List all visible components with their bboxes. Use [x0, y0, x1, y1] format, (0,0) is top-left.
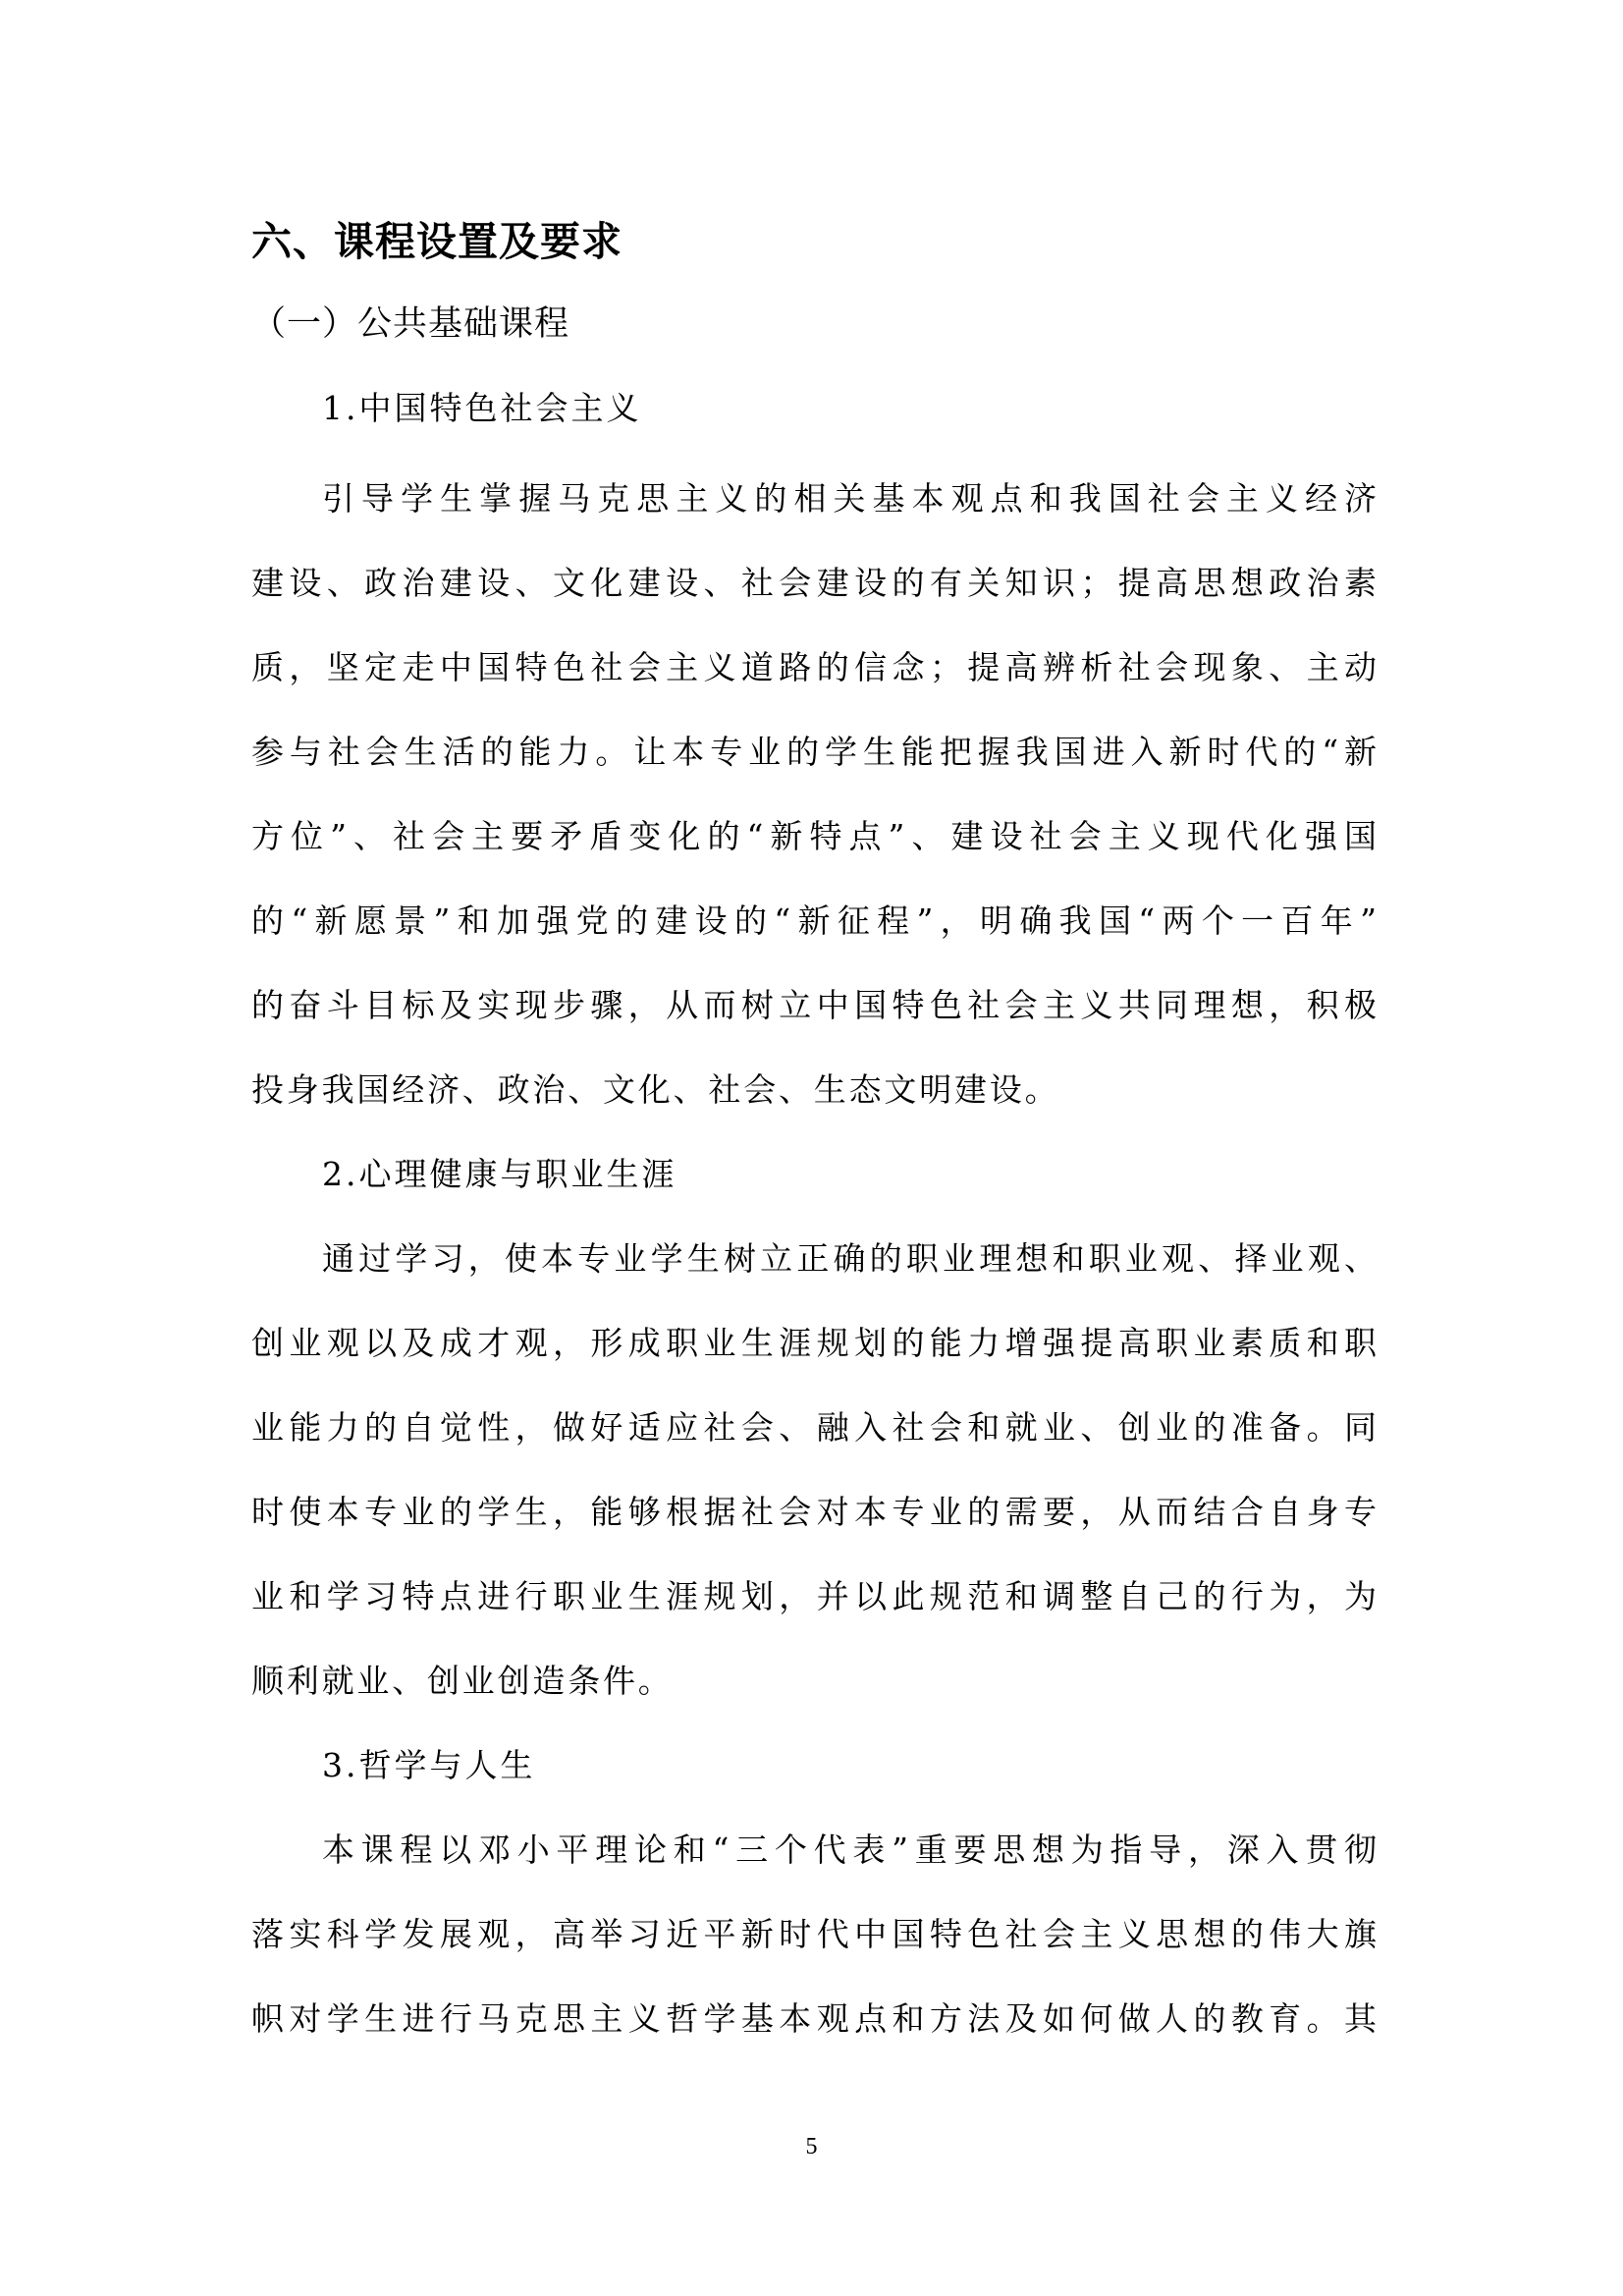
document-page: 六、课程设置及要求 （一）公共基础课程 1.中国特色社会主义 引导学生掌握马克思…: [0, 0, 1623, 2296]
section-heading: 六、课程设置及要求: [251, 214, 622, 269]
course-2-paragraph-line: 业能力的自觉性，做好适应社会、融入社会和就业、创业的准备。同: [251, 1405, 1377, 1450]
course-2-paragraph-line: 业和学习特点进行职业生涯规划，并以此规范和调整自己的行为，为: [251, 1574, 1377, 1619]
course-3-paragraph-line: 本课程以邓小平理论和“三个代表”重要思想为指导，深入贯彻: [322, 1828, 1377, 1873]
course-1-paragraph-line: 参与社会生活的能力。让本专业的学生能把握我国进入新时代的“新: [251, 730, 1377, 775]
course-1-paragraph-line: 建设、政治建设、文化建设、社会建设的有关知识；提高思想政治素: [251, 561, 1377, 606]
course-3-paragraph-line: 帜对学生进行马克思主义哲学基本观点和方法及如何做人的教育。其: [251, 1996, 1377, 2042]
course-2-paragraph-line: 创业观以及成才观，形成职业生涯规划的能力增强提高职业素质和职: [251, 1321, 1377, 1366]
course-title-2: 2.心理健康与职业生涯: [322, 1152, 677, 1197]
subsection-heading: （一）公共基础课程: [251, 301, 569, 348]
course-title-1: 1.中国特色社会主义: [322, 386, 642, 431]
course-2-paragraph-line: 通过学习，使本专业学生树立正确的职业理想和职业观、择业观、: [322, 1236, 1377, 1282]
course-1-paragraph-line: 的“新愿景”和加强党的建设的“新征程”，明确我国“两个一百年”: [251, 899, 1377, 944]
course-1-paragraph-line: 引导学生掌握马克思主义的相关基本观点和我国社会主义经济: [322, 476, 1377, 521]
course-2-paragraph-line: 时使本专业的学生，能够根据社会对本专业的需要，从而结合自身专: [251, 1490, 1377, 1535]
course-title-3: 3.哲学与人生: [322, 1743, 536, 1788]
course-1-paragraph-line: 投身我国经济、政治、文化、社会、生态文明建设。: [251, 1067, 1377, 1113]
course-2-paragraph-line: 顺利就业、创业创造条件。: [251, 1659, 1377, 1704]
course-3-paragraph-line: 落实科学发展观，高举习近平新时代中国特色社会主义思想的伟大旗: [251, 1912, 1377, 1957]
page-number: 5: [0, 2133, 1623, 2160]
course-1-paragraph-line: 质，坚定走中国特色社会主义道路的信念；提高辨析社会现象、主动: [251, 645, 1377, 690]
course-1-paragraph-line: 的奋斗目标及实现步骤，从而树立中国特色社会主义共同理想，积极: [251, 983, 1377, 1028]
course-1-paragraph-line: 方位”、社会主要矛盾变化的“新特点”、建设社会主义现代化强国: [251, 814, 1377, 859]
